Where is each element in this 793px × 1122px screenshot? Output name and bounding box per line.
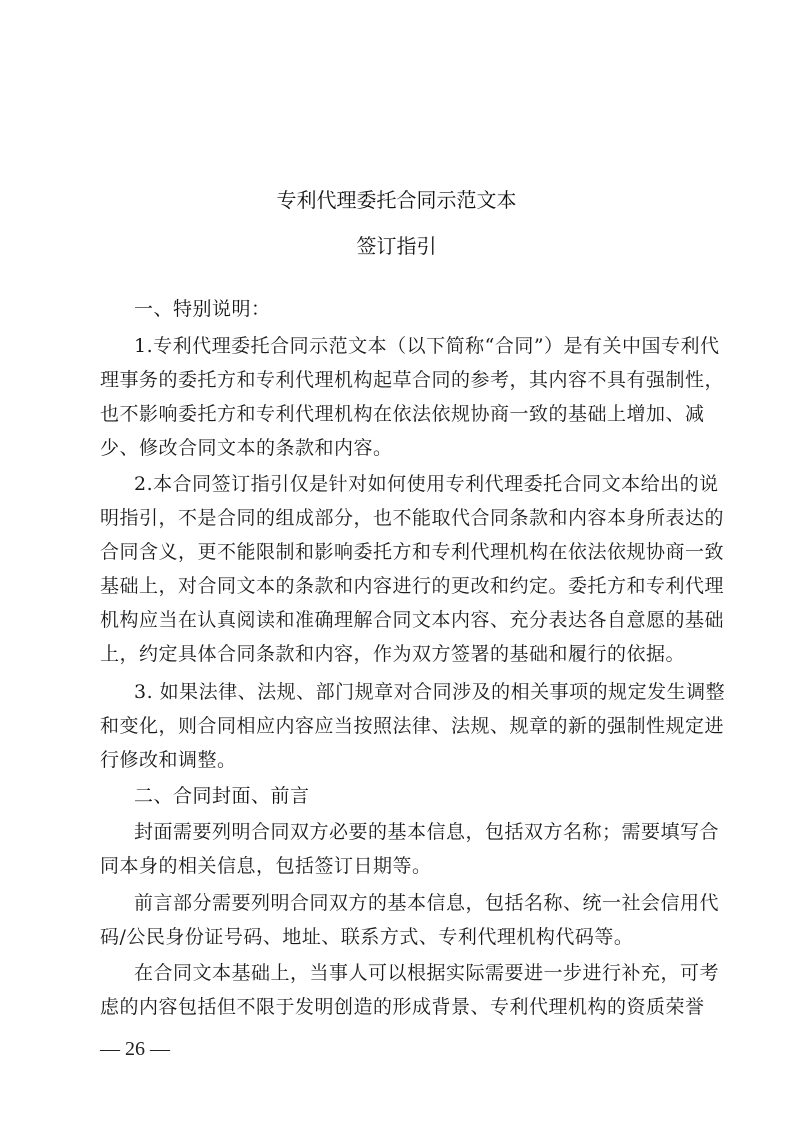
paragraph-line: 1.专利代理委托合同示范文本（以下简称“合同”）是有关中国专利代 — [134, 334, 700, 358]
document-page: 专利代理委托合同示范文本 签订指引 一、特别说明： 1.专利代理委托合同示范文本… — [0, 0, 793, 1122]
paragraph-line: 合同含义，更不能限制和影响委托方和专利代理机构在依法依规协商一致 — [100, 540, 700, 564]
paragraph-line: 同本身的相关信息，包括签订日期等。 — [100, 854, 700, 878]
paragraph-line: 上，约定具体合同条款和内容，作为双方签署的基础和履行的依据。 — [100, 642, 700, 666]
paragraph-line: 少、修改合同文本的条款和内容。 — [100, 436, 700, 460]
paragraph-line: 封面需要列明合同双方必要的基本信息，包括双方名称；需要填写合 — [134, 820, 700, 844]
paragraph-line: 在合同文本基础上，当事人可以根据实际需要进一步进行补充，可考 — [134, 961, 700, 985]
section-heading-cover-preface: 二、合同封面、前言 — [134, 784, 700, 808]
paragraph-line: 也不影响委托方和专利代理机构在依法依规协商一致的基础上增加、减 — [100, 402, 700, 426]
document-subtitle: 签订指引 — [0, 230, 793, 259]
paragraph-line: 行修改和调整。 — [100, 748, 700, 772]
paragraph-line: 前言部分需要列明合同双方的基本信息，包括名称、统一社会信用代 — [134, 891, 700, 915]
paragraph-line: 明指引，不是合同的组成部分，也不能取代合同条款和内容本身所表达的 — [100, 506, 700, 530]
paragraph-line: 理事务的委托方和专利代理机构起草合同的参考，其内容不具有强制性， — [100, 368, 700, 392]
paragraph-line: 3. 如果法律、法规、部门规章对合同涉及的相关事项的规定发生调整 — [134, 680, 700, 704]
document-title: 专利代理委托合同示范文本 — [0, 184, 793, 213]
section-heading-special-notes: 一、特别说明： — [134, 297, 700, 321]
paragraph-line: 2.本合同签订指引仅是针对如何使用专利代理委托合同文本给出的说 — [134, 472, 700, 496]
paragraph-line: 码/公民身份证号码、地址、联系方式、专利代理机构代码等。 — [100, 925, 700, 949]
paragraph-line: 虑的内容包括但不限于发明创造的形成背景、专利代理机构的资质荣誉 — [100, 995, 700, 1019]
paragraph-line: 基础上，对合同文本的条款和内容进行的更改和约定。委托方和专利代理 — [100, 574, 700, 598]
paragraph-line: 机构应当在认真阅读和准确理解合同文本内容、充分表达各自意愿的基础 — [100, 608, 700, 632]
page-number: — 26 — — [100, 1038, 170, 1061]
paragraph-line: 和变化，则合同相应内容应当按照法律、法规、规章的新的强制性规定进 — [100, 714, 700, 738]
